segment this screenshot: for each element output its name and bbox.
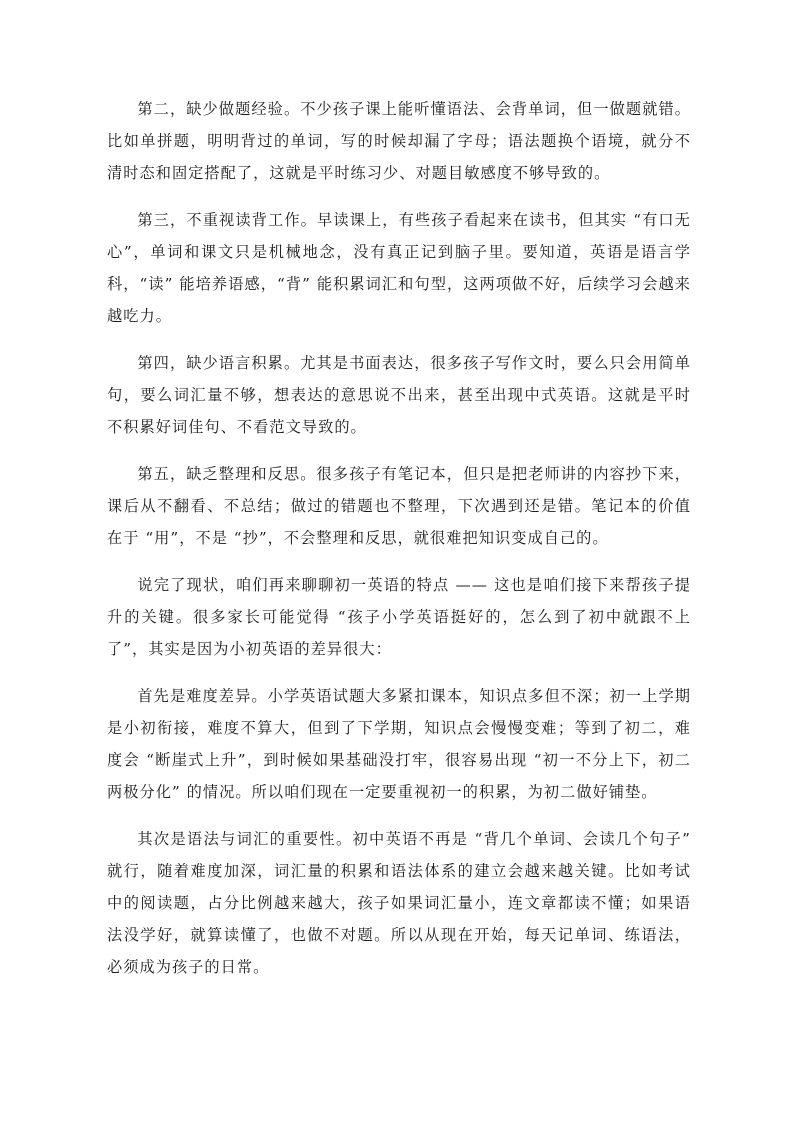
paragraph-grammar-vocabulary: 其次是语法与词汇的重要性。初中英语不再是 “背几个单词、会读几个句子” 就行，随… — [107, 823, 691, 983]
paragraph-reading-reciting: 第三，不重视读背工作。早读课上，有些孩子看起来在读书，但其实 “有口无心”，单词… — [107, 204, 691, 332]
document-page: 第二，缺少做题经验。不少孩子课上能听懂语法、会背单词，但一做题就错。比如单拼题，… — [107, 93, 691, 998]
paragraph-grade7-features-intro: 说完了现状，咱们再来聊聊初一英语的特点 —— 这也是咱们接下来帮孩子提升的关键。… — [107, 569, 691, 665]
paragraph-language-accumulation: 第四，缺少语言积累。尤其是书面表达，很多孩子写作文时，要么只会用简单句，要么词汇… — [107, 347, 691, 443]
paragraph-organize-reflect: 第五，缺乏整理和反思。很多孩子有笔记本，但只是把老师讲的内容抄下来，课后从不翻看… — [107, 458, 691, 554]
paragraph-lack-practice: 第二，缺少做题经验。不少孩子课上能听懂语法、会背单词，但一做题就错。比如单拼题，… — [107, 93, 691, 189]
paragraph-difficulty-difference: 首先是难度差异。小学英语试题大多紧扣课本，知识点多但不深；初一上学期是小初衔接，… — [107, 680, 691, 808]
